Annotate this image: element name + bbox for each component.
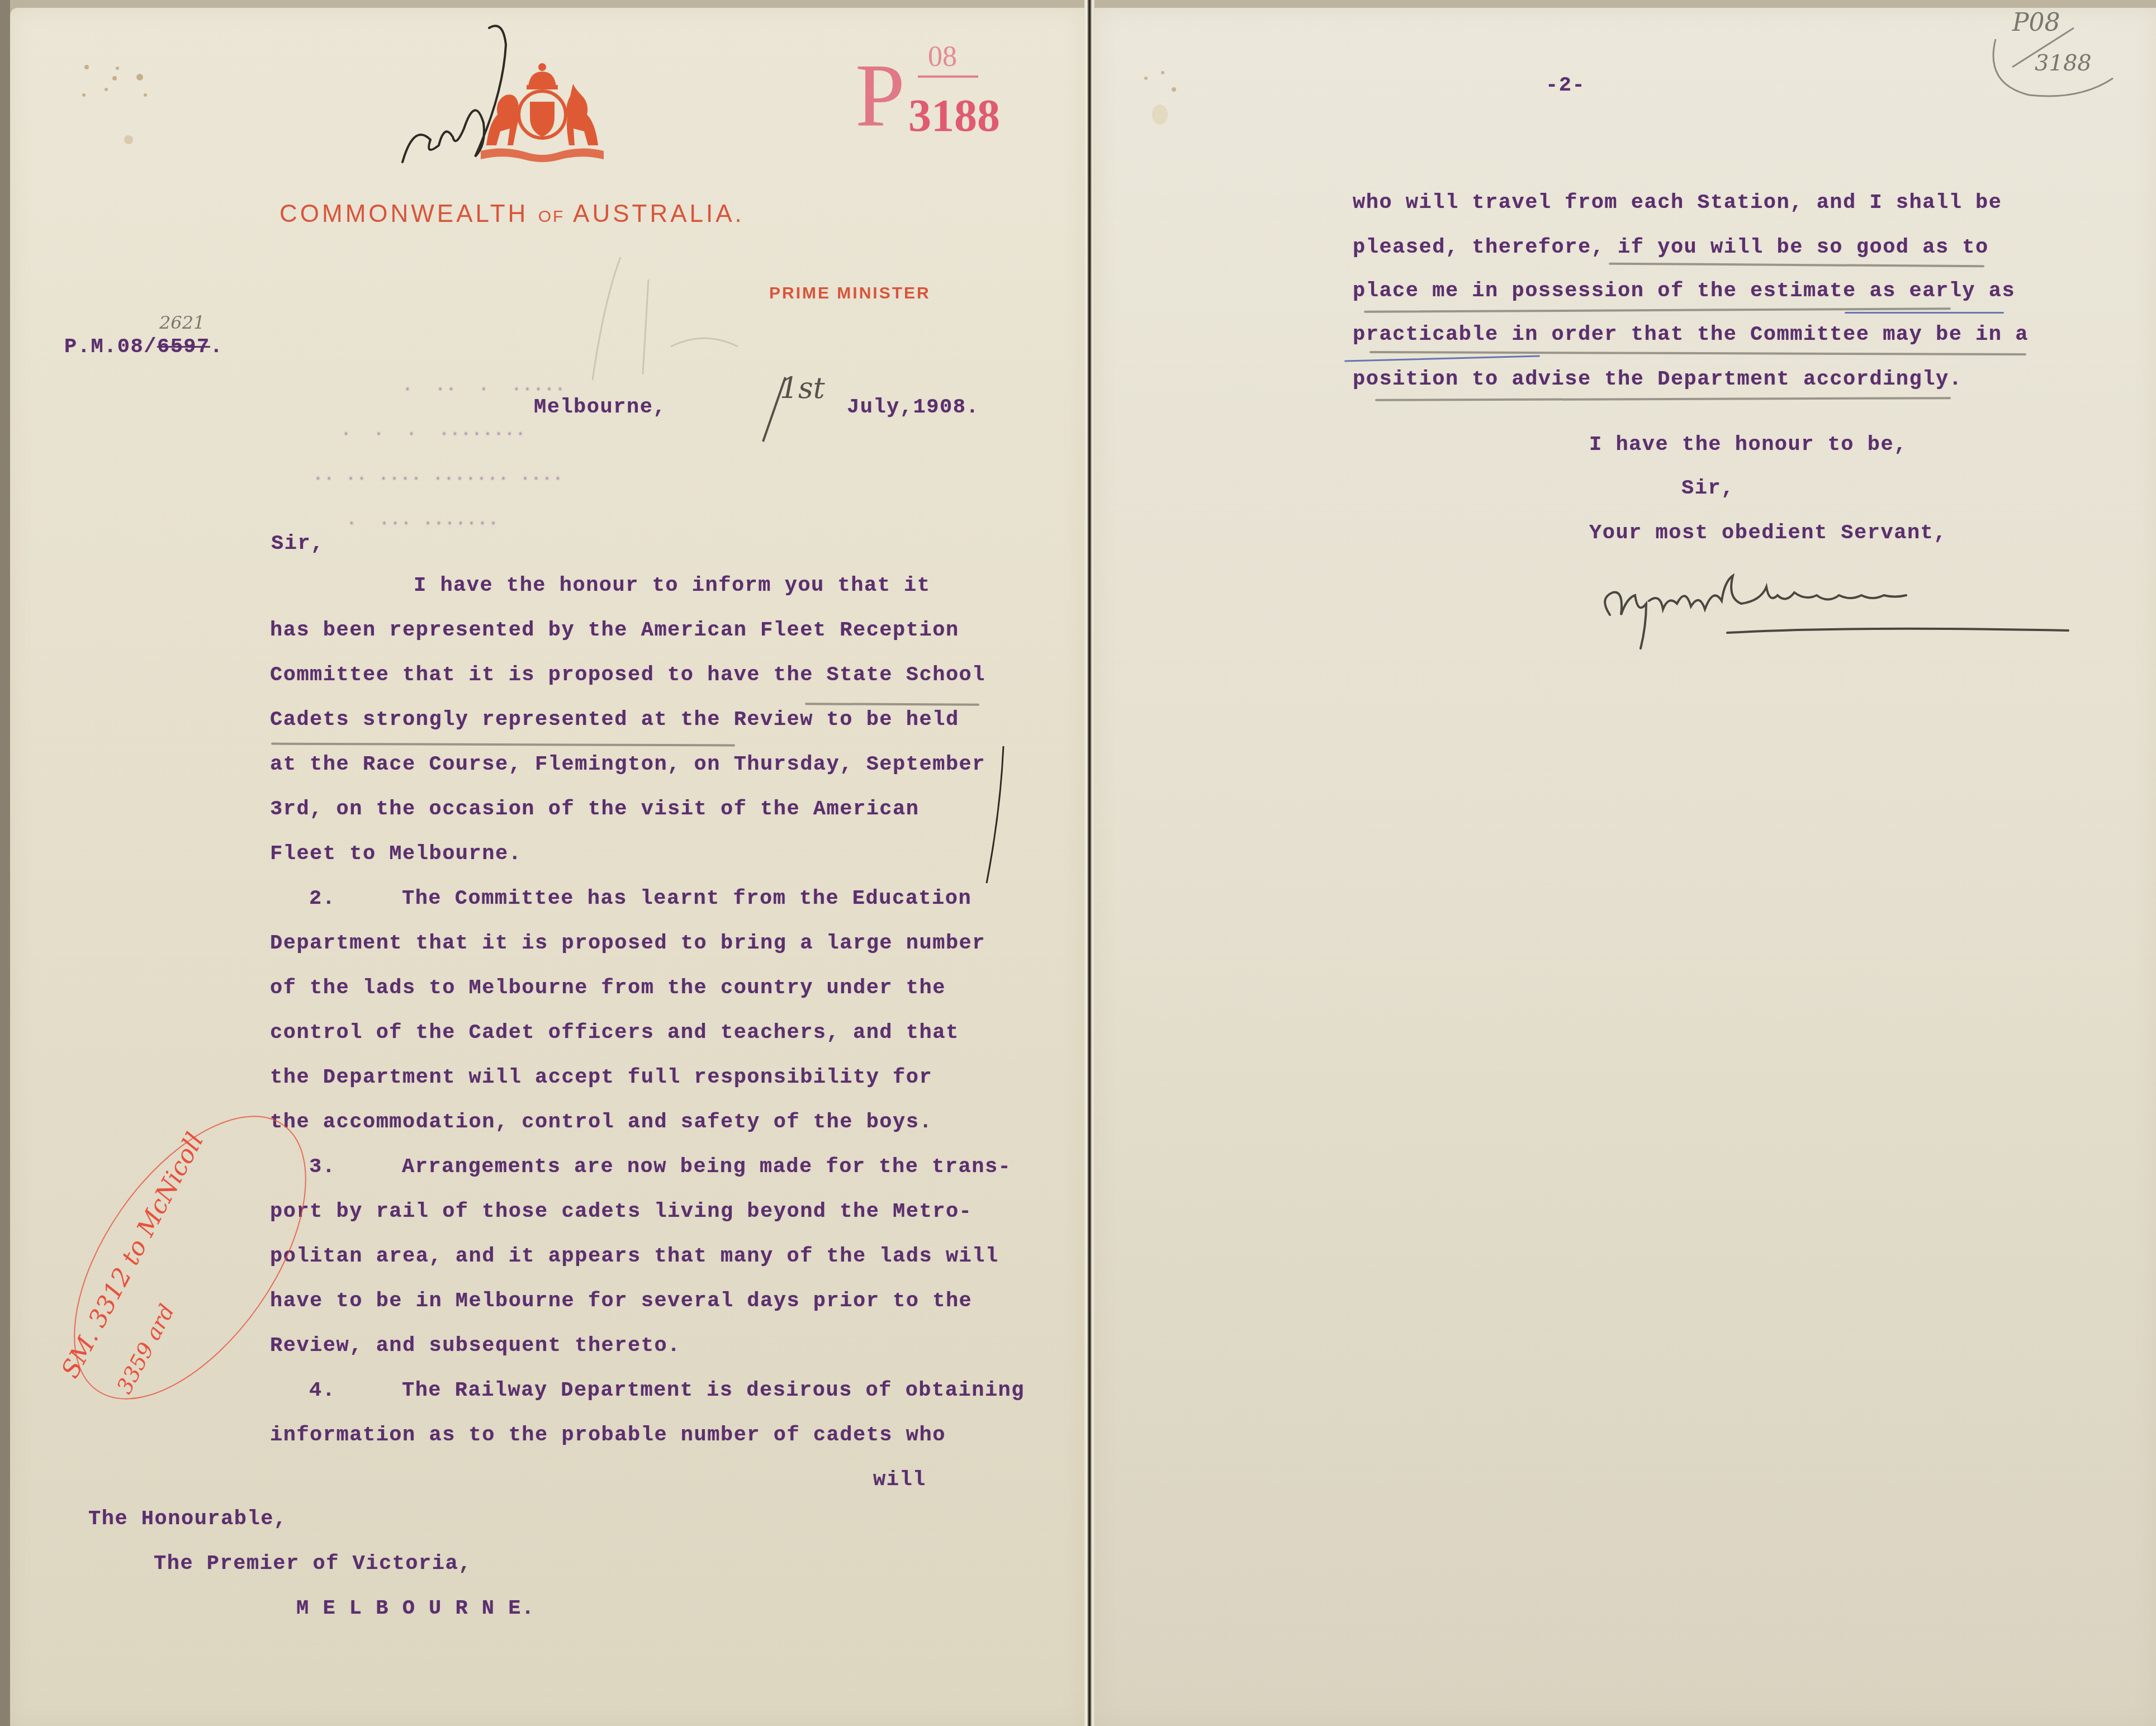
reference-struck-number: 6597 [157,335,210,359]
closing-line3: Your most obedient Servant, [1589,521,1947,545]
letterhead-australia: AUSTRALIA. [573,200,745,227]
body-line: position to advise the Department accord… [1353,368,1962,391]
body-line: pleased, therefore, if you will be so go… [1353,236,1989,259]
stamp-divider [918,75,978,78]
page-gutter [1084,0,1094,1726]
body-line: 3. Arrangements are now being made for t… [309,1155,1011,1179]
body-line: 3rd, on the occasion of the visit of the… [270,798,919,821]
body-line: the Department will accept full responsi… [270,1066,932,1089]
stamp-letter: P [855,50,905,140]
letter-date: July,1908. [847,396,979,419]
reference-handwritten-number: 2621 [159,312,205,333]
closing-line1: I have the honour to be, [1589,433,1907,457]
letterhead-of: OF [538,207,565,226]
body-line: Fleet to Melbourne. [270,842,522,866]
letter-place: Melbourne, [534,396,666,419]
ghost-typing-2: · · · ········ [341,425,527,444]
closing-line2: Sir, [1681,477,1735,500]
faint-pencil-marks [559,246,811,386]
letterhead-title: COMMONWEALTH OF AUSTRALIA. [279,200,745,228]
addressee-line3: M E L B O U R N E. [296,1597,535,1620]
signature: Alfred Deakin [1593,570,2085,665]
body-line: Department that it is proposed to bring … [270,932,985,955]
ghost-typing-3: ·· ·· ···· ······· ···· [313,470,564,489]
ghost-typing-4: · ··· ······· [347,514,499,533]
body-line: control of the Cadet officers and teache… [270,1021,959,1045]
body-line: 4. The Railway Department is desirous of… [309,1379,1025,1402]
body-line: information as to the probable number of… [270,1424,946,1447]
salutation: Sir, [271,532,324,556]
foxing-spots [67,56,179,157]
addressee-line1: The Honourable, [88,1507,287,1531]
stamp-number: 3188 [908,89,1000,142]
page-number: -2- [1546,74,1585,97]
body-line: Committee that it is proposed to have th… [270,663,985,687]
addressee-line2: The Premier of Victoria, [154,1552,472,1576]
blue-pencil-underline [1845,312,2004,314]
margin-pencil-line [984,743,1006,889]
handwritten-initials [391,11,537,173]
binder-edge [0,0,10,1726]
letterhead-commonwealth: COMMONWEALTH [279,200,528,227]
stamp-year: 08 [928,40,957,73]
body-line: of the lads to Melbourne from the countr… [270,976,946,1000]
body-line: port by rail of those cadets living beyo… [270,1200,972,1224]
body-line: I have the honour to inform you that it [414,574,930,598]
letter-page-2 [1094,8,2156,1726]
body-line: politan area, and it appears that many o… [270,1245,999,1268]
foxing-spots [1135,61,1219,140]
body-line: have to be in Melbourne for several days… [270,1289,972,1313]
body-line: Review, and subsequent thereto. [270,1334,681,1358]
file-reference: P.M.08/6597. [64,335,223,359]
body-line: at the Race Course, Flemington, on Thurs… [270,753,985,776]
date-day-stroke [757,374,791,447]
reference-suffix: . [210,335,224,359]
reference-prefix: P.M.08/ [64,335,157,359]
pencil-annotation-top: P08 [2012,8,2060,37]
body-line: has been represented by the American Fle… [270,619,959,642]
catchword: will [873,1468,926,1492]
body-line: 2. The Committee has learnt from the Edu… [309,887,972,911]
body-line: place me in possession of the estimate a… [1353,279,2015,303]
body-line: the accommodation, control and safety of… [270,1111,932,1134]
body-line: practicable in order that the Committee … [1353,323,2029,347]
body-line: who will travel from each Station, and I… [1353,191,2002,215]
pencil-annotation-bottom: 3188 [2035,50,2092,76]
body-line: Cadets strongly represented at the Revie… [270,708,959,732]
